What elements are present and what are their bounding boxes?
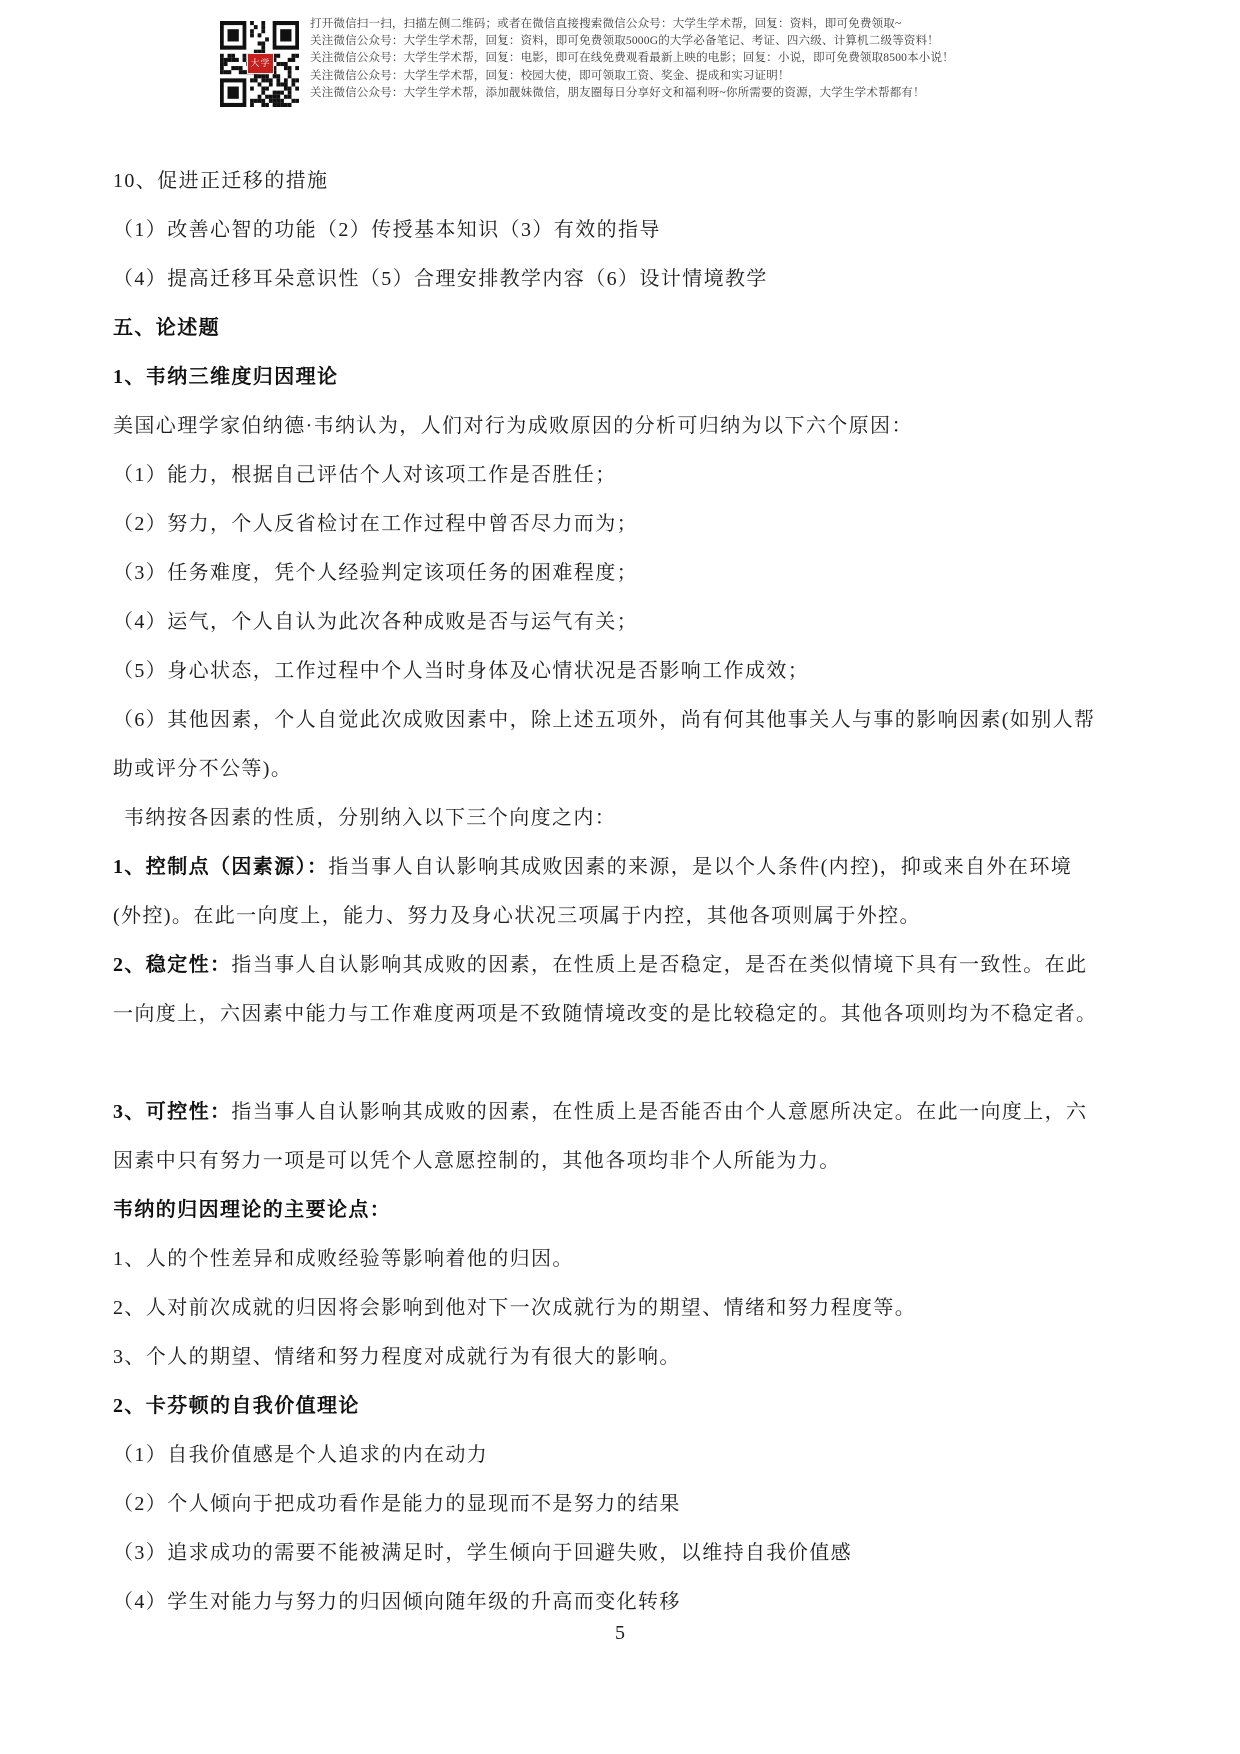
- document-line: 一向度上，六因素中能力与工作难度两项是不致随情境改变的是比较稳定的。其他各项则均…: [113, 987, 1135, 1036]
- line-text: （1）能力，根据自己评估个人对该项工作是否胜任；: [113, 458, 617, 487]
- document-line: 3、可控性：指当事人自认影响其成败的因素，在性质上是否能否由个人意愿所决定。在此…: [113, 1085, 1135, 1134]
- promo-line: 关注微信公众号：大学生学术帮，回复：校园大使，即可领取工资、奖金、提成和实习证明…: [310, 68, 1170, 85]
- promo-text-block: 打开微信扫一扫，扫描左侧二维码；或者在微信直接搜索微信公众号：大学生学术帮，回复…: [310, 16, 1170, 102]
- line-text: (外控)。在此一向度上，能力、努力及身心状况三项属于内控，其他各项则属于外控。: [113, 899, 921, 928]
- document-line: 因素中只有努力一项是可以凭个人意愿控制的，其他各项均非个人所能为力。: [113, 1134, 1135, 1183]
- qr-code-icon: 大学: [220, 21, 299, 107]
- line-text: （1）自我价值感是个人追求的内在动力: [113, 1438, 488, 1467]
- line-text: 1、人的个性差异和成败经验等影响着他的归因。: [113, 1242, 574, 1271]
- line-text: 指当事人自认影响其成败的因素，在性质上是否稳定，是否在类似情境下具有一致性。在此: [231, 948, 1087, 977]
- document-line: （2）个人倾向于把成功看作是能力的显现而不是努力的结果: [113, 1477, 1135, 1526]
- document-page: 大学 打开微信扫一扫，扫描左侧二维码；或者在微信直接搜索微信公众号：大学生学术帮…: [0, 0, 1240, 1754]
- line-text: 3、个人的期望、情绪和努力程度对成就行为有很大的影响。: [113, 1340, 681, 1369]
- document-line: （5）身心状态，工作过程中个人当时身体及心情状况是否影响工作成效；: [113, 644, 1135, 693]
- document-line: （1）改善心智的功能（2）传授基本知识（3）有效的指导: [113, 203, 1135, 252]
- document-line: 五、论述题: [113, 301, 1135, 350]
- document-line: 韦纳按各因素的性质，分别纳入以下三个向度之内：: [113, 791, 1135, 840]
- line-text: （4）学生对能力与努力的归因倾向随年级的升高而变化转移: [113, 1585, 681, 1614]
- line-text: （1）改善心智的功能（2）传授基本知识（3）有效的指导: [113, 213, 661, 242]
- document-line: 1、韦纳三维度归因理论: [113, 350, 1135, 399]
- line-text: 韦纳按各因素的性质，分别纳入以下三个向度之内：: [124, 801, 616, 830]
- document-line: 美国心理学家伯纳德·韦纳认为，人们对行为成败原因的分析可归纳为以下六个原因：: [113, 399, 1135, 448]
- document-line: （4）运气，个人自认为此次各种成败是否与运气有关；: [113, 595, 1135, 644]
- promo-line: 关注微信公众号：大学生学术帮，回复：电影，即可在线免费观看最新上映的电影；回复：…: [310, 50, 1170, 67]
- document-line: 1、人的个性差异和成败经验等影响着他的归因。: [113, 1232, 1135, 1281]
- line-text: 指当事人自认影响其成败因素的来源，是以个人条件(内控)，抑或来自外在环境: [328, 850, 1072, 879]
- line-text: 美国心理学家伯纳德·韦纳认为，人们对行为成败原因的分析可归纳为以下六个原因：: [113, 409, 913, 438]
- line-text: 一向度上，六因素中能力与工作难度两项是不致随情境改变的是比较稳定的。其他各项则均…: [113, 997, 1097, 1026]
- document-line: 10、促进正迁移的措施: [113, 154, 1135, 203]
- promo-line: 打开微信扫一扫，扫描左侧二维码；或者在微信直接搜索微信公众号：大学生学术帮，回复…: [310, 16, 1170, 33]
- line-bold-text: 1、控制点（因素源）：: [113, 850, 328, 879]
- document-line: （3）追求成功的需要不能被满足时，学生倾向于回避失败，以维持自我价值感: [113, 1526, 1135, 1575]
- qr-center-logo: 大学: [247, 53, 274, 74]
- line-bold-text: 韦纳的归因理论的主要论点：: [113, 1193, 391, 1222]
- page-number: 5: [0, 1622, 1240, 1645]
- line-text: 指当事人自认影响其成败的因素，在性质上是否能否由个人意愿所决定。在此一向度上，六: [231, 1095, 1087, 1124]
- line-bold-text: 五、论述题: [113, 311, 220, 340]
- promo-line: 关注微信公众号：大学生学术帮，添加靓妹微信，朋友圈每日分享好文和福利呀~你所需要…: [310, 85, 1170, 102]
- line-text: （3）追求成功的需要不能被满足时，学生倾向于回避失败，以维持自我价值感: [113, 1536, 852, 1565]
- line-text: （3）任务难度，凭个人经验判定该项任务的困难程度；: [113, 556, 638, 585]
- line-text: 助或评分不公等)。: [113, 752, 292, 781]
- document-line: 2、卡芬顿的自我价值理论: [113, 1379, 1135, 1428]
- line-bold-text: 3、可控性：: [113, 1095, 231, 1124]
- line-text: 因素中只有努力一项是可以凭个人意愿控制的，其他各项均非个人所能为力。: [113, 1144, 841, 1173]
- document-line: [113, 1036, 1135, 1085]
- line-text: 10、促进正迁移的措施: [113, 164, 328, 193]
- line-bold-text: 1、韦纳三维度归因理论: [113, 360, 338, 389]
- line-bold-text: 2、稳定性：: [113, 948, 231, 977]
- document-line: （1）能力，根据自己评估个人对该项工作是否胜任；: [113, 448, 1135, 497]
- line-text: （6）其他因素，个人自觉此次成败因素中，除上述五项外，尚有何其他事关人与事的影响…: [113, 703, 1095, 732]
- line-text: （5）身心状态，工作过程中个人当时身体及心情状况是否影响工作成效；: [113, 654, 809, 683]
- document-line: 2、人对前次成就的归因将会影响到他对下一次成就行为的期望、情绪和努力程度等。: [113, 1281, 1135, 1330]
- document-line: 3、个人的期望、情绪和努力程度对成就行为有很大的影响。: [113, 1330, 1135, 1379]
- line-text: （4）运气，个人自认为此次各种成败是否与运气有关；: [113, 605, 638, 634]
- line-text: （4）提高迁移耳朵意识性（5）合理安排教学内容（6）设计情境教学: [113, 262, 768, 291]
- line-text: （2）努力，个人反省检讨在工作过程中曾否尽力而为；: [113, 507, 638, 536]
- document-line: （2）努力，个人反省检讨在工作过程中曾否尽力而为；: [113, 497, 1135, 546]
- document-line: （6）其他因素，个人自觉此次成败因素中，除上述五项外，尚有何其他事关人与事的影响…: [113, 693, 1135, 742]
- document-line: （4）学生对能力与努力的归因倾向随年级的升高而变化转移: [113, 1575, 1135, 1624]
- document-body: 10、促进正迁移的措施（1）改善心智的功能（2）传授基本知识（3）有效的指导（4…: [113, 154, 1135, 1624]
- promo-line: 关注微信公众号：大学生学术帮，回复：资料，即可免费领取5000G的大学必备笔记、…: [310, 33, 1170, 50]
- document-line: 2、稳定性：指当事人自认影响其成败的因素，在性质上是否稳定，是否在类似情境下具有…: [113, 938, 1135, 987]
- line-text: （2）个人倾向于把成功看作是能力的显现而不是努力的结果: [113, 1487, 681, 1516]
- document-line: 助或评分不公等)。: [113, 742, 1135, 791]
- document-line: （1）自我价值感是个人追求的内在动力: [113, 1428, 1135, 1477]
- document-line: (外控)。在此一向度上，能力、努力及身心状况三项属于内控，其他各项则属于外控。: [113, 889, 1135, 938]
- promo-header: 大学 打开微信扫一扫，扫描左侧二维码；或者在微信直接搜索微信公众号：大学生学术帮…: [0, 0, 1240, 118]
- document-line: （4）提高迁移耳朵意识性（5）合理安排教学内容（6）设计情境教学: [113, 252, 1135, 301]
- document-line: 1、控制点（因素源）：指当事人自认影响其成败因素的来源，是以个人条件(内控)，抑…: [113, 840, 1135, 889]
- document-line: （3）任务难度，凭个人经验判定该项任务的困难程度；: [113, 546, 1135, 595]
- line-bold-text: 2、卡芬顿的自我价值理论: [113, 1389, 360, 1418]
- line-text: 2、人对前次成就的归因将会影响到他对下一次成就行为的期望、情绪和努力程度等。: [113, 1291, 916, 1320]
- document-line: 韦纳的归因理论的主要论点：: [113, 1183, 1135, 1232]
